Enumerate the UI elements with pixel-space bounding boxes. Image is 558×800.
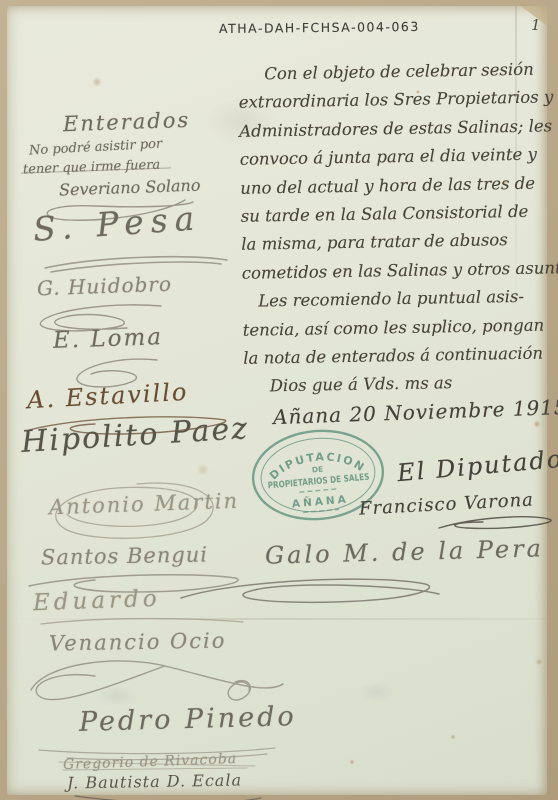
signature-galo-pera: Galo M. de la Pera: [265, 534, 545, 569]
signature-e-loma: E. Loma: [53, 324, 164, 354]
scanned-document: ATHA-DAH-FCHSA-004-063 1 Con el objeto d…: [0, 0, 558, 800]
letter-body: Con el objeto de celebrar sesión extraor…: [238, 55, 558, 401]
horizontal-crease: [7, 618, 547, 620]
signature-s-pesa: S. Pesa: [32, 198, 203, 249]
page-number: 1: [531, 16, 541, 34]
signature-flourish: [37, 614, 247, 628]
signature-santos-bengui: Santos Bengui: [41, 543, 208, 570]
signature-gregorio-rivacoba: Gregorio de Rivacoba: [63, 751, 238, 773]
stamp-de-text: DE: [311, 465, 323, 475]
signature-severiano-solano: Severiano Solano: [59, 176, 201, 200]
signature-hipolito-paez: Hipolito Paez: [20, 411, 250, 460]
signature-eduardo: Eduardo: [33, 586, 161, 616]
paper-sheet: ATHA-DAH-FCHSA-004-063 1 Con el objeto d…: [7, 6, 547, 795]
signature-flourish: [435, 512, 555, 534]
signature-venancio-ocio: Venancio Ocio: [49, 628, 227, 655]
signature-flourish: [65, 792, 265, 800]
note-line-1: No podré asistir por: [29, 137, 163, 159]
signature-g-huidobro: G. Huidobro: [37, 272, 173, 301]
official-title: El Diputado: [396, 445, 558, 487]
signature-antonio-martin: Antonio Martin: [49, 489, 240, 520]
enterados-heading: Enterados: [63, 108, 191, 136]
signature-a-estavillo: A. Estavillo: [26, 378, 189, 414]
signature-flourish: [175, 572, 445, 610]
signature-pedro-pinedo: Pedro Pinedo: [79, 701, 297, 738]
archive-code-label: ATHA-DAH-FCHSA-004-063: [219, 19, 420, 36]
signature-bautista-ecala: J. Bautista D. Ecala: [67, 770, 242, 792]
